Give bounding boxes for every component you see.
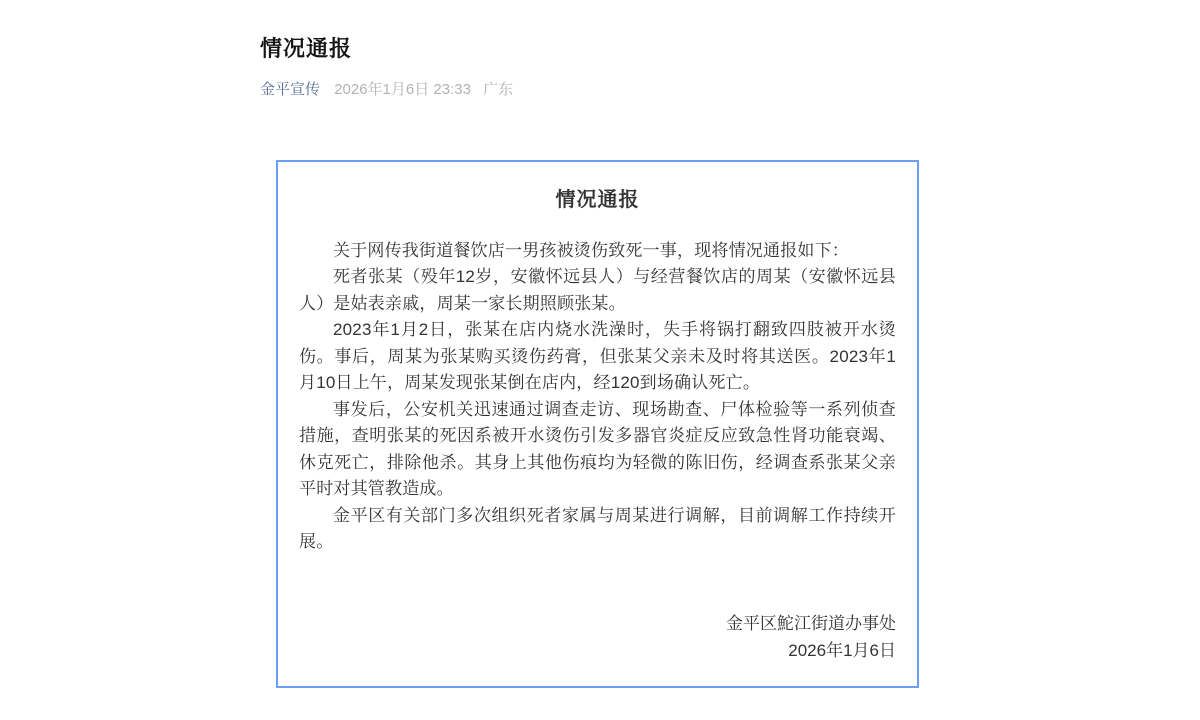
notice-signature-block: 金平区鮀江街道办事处 2026年1月6日 bbox=[299, 610, 896, 664]
notice-paragraph: 关于网传我街道餐饮店一男孩被烫伤致死一事，现将情况通报如下： bbox=[299, 238, 896, 265]
notice-paragraph: 死者张某（殁年12岁，安徽怀远县人）与经营餐饮店的周某（安徽怀远县人）是姑表亲戚… bbox=[299, 264, 896, 317]
byline: 金平宣传 2026年1月6日 23:33 广东 bbox=[260, 80, 940, 100]
article-page: 情况通报 金平宣传 2026年1月6日 23:33 广东 情况通报 关于网传我街… bbox=[0, 0, 1200, 720]
publish-datetime: 2026年1月6日 23:33 bbox=[334, 81, 471, 98]
notice-signature: 金平区鮀江街道办事处 bbox=[299, 610, 896, 637]
publish-region: 广东 bbox=[483, 81, 513, 98]
notice-date: 2026年1月6日 bbox=[299, 637, 896, 664]
notice-paragraph: 2023年1月2日，张某在店内烧水洗澡时，失手将锅打翻致四肢被开水烫伤。事后，周… bbox=[299, 317, 896, 397]
page-title: 情况通报 bbox=[260, 35, 940, 63]
notice-paragraph: 金平区有关部门多次组织死者家属与周某进行调解，目前调解工作持续开展。 bbox=[299, 503, 896, 556]
notice-image[interactable]: 情况通报 关于网传我街道餐饮店一男孩被烫伤致死一事，现将情况通报如下：死者张某（… bbox=[276, 160, 919, 688]
author-link[interactable]: 金平宣传 bbox=[260, 81, 320, 98]
notice-paragraph: 事发后，公安机关迅速通过调查走访、现场勘查、尸体检验等一系列侦查措施，查明张某的… bbox=[299, 397, 896, 503]
notice-title: 情况通报 bbox=[299, 186, 896, 214]
notice-body: 关于网传我街道餐饮店一男孩被烫伤致死一事，现将情况通报如下：死者张某（殁年12岁… bbox=[299, 238, 896, 556]
article-column: 情况通报 金平宣传 2026年1月6日 23:33 广东 情况通报 关于网传我街… bbox=[260, 0, 940, 688]
